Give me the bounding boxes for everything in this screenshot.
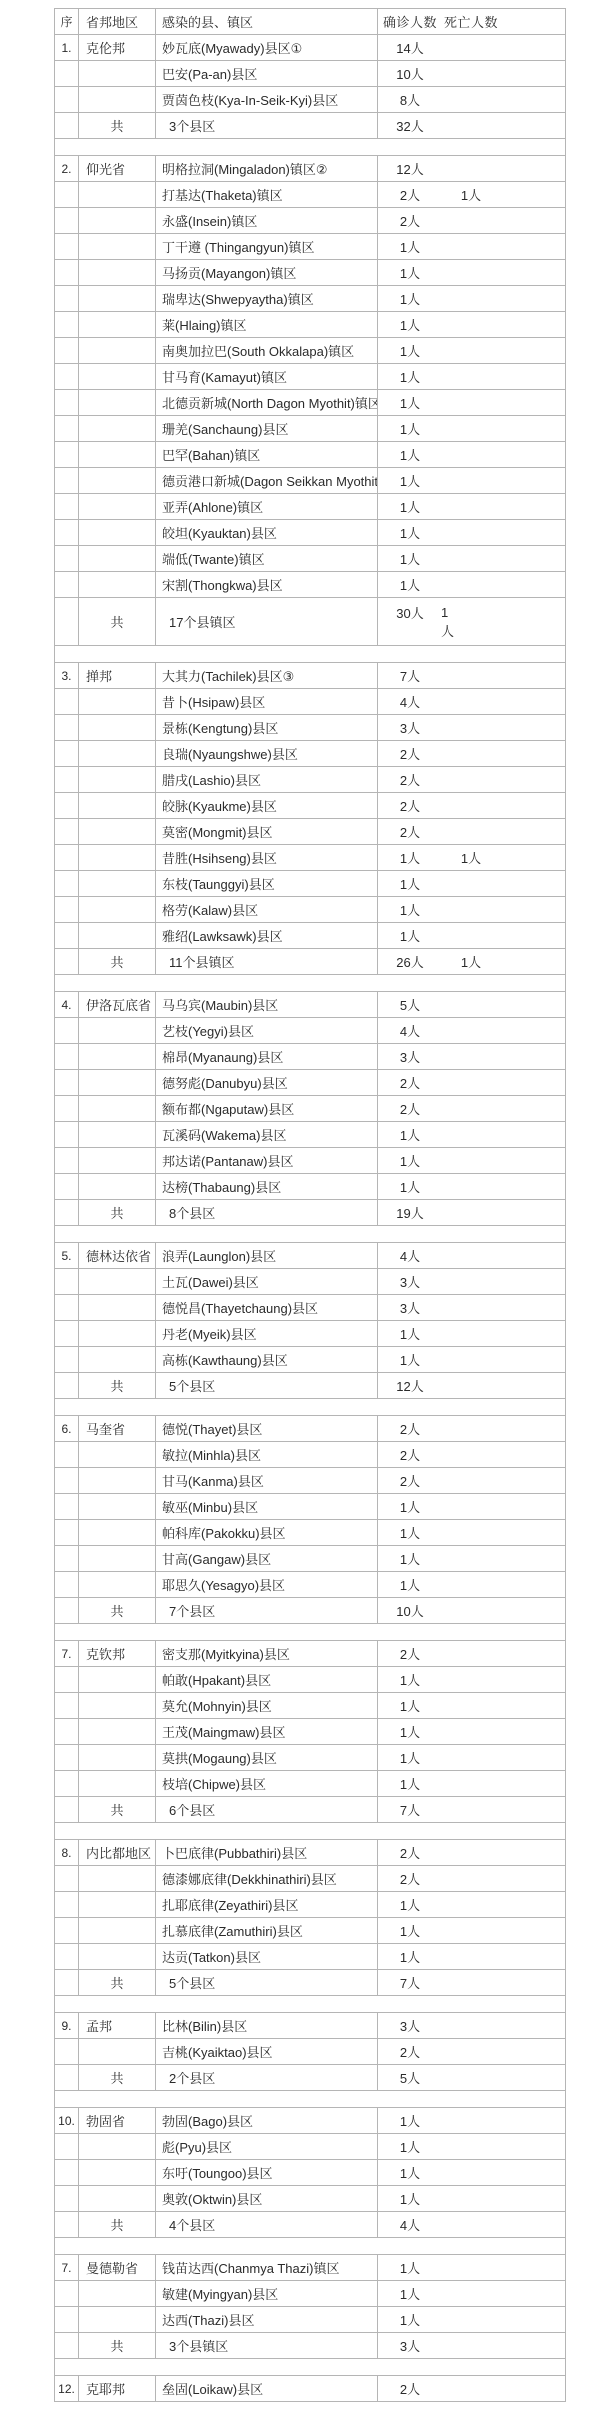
total-area-cell: 17个县镇区 xyxy=(156,598,378,646)
seq-cell xyxy=(55,1373,79,1399)
confirmed-value: 8人 xyxy=(379,90,441,109)
confirmed-value: 1人 xyxy=(379,848,441,867)
spacer-cell xyxy=(55,1226,566,1243)
confirmed-value: 1人 xyxy=(379,1748,441,1767)
total-area-cell: 4个县区 xyxy=(156,2212,378,2238)
confirmed-value: 1人 xyxy=(379,393,441,412)
spacer-cell xyxy=(55,1624,566,1641)
spacer-cell xyxy=(55,1399,566,1416)
total-label-cell: 共 xyxy=(79,2212,156,2238)
area-cell: 东枝(Taunggyi)县区 xyxy=(156,871,378,897)
area-cell: 丁干遵 (Thingangyun)镇区 xyxy=(156,234,378,260)
seq-cell xyxy=(55,845,79,871)
seq-cell xyxy=(55,1771,79,1797)
confirmed-value: 1人 xyxy=(379,2189,441,2208)
region-cell xyxy=(79,1468,156,1494)
table-row: 南奥加拉巴(South Okkalapa)镇区 1人 xyxy=(55,338,566,364)
section-spacer-row xyxy=(55,975,566,992)
total-deaths-value: 1人 xyxy=(441,603,457,641)
area-cell: 腊戌(Lashio)县区 xyxy=(156,767,378,793)
table-row: 巴罕(Bahan)镇区 1人 xyxy=(55,442,566,468)
spacer-cell xyxy=(55,2091,566,2108)
confirmed-value: 1人 xyxy=(379,1177,441,1196)
region-cell xyxy=(79,1918,156,1944)
confirmed-value: 2人 xyxy=(379,2042,441,2061)
area-cell: 南奥加拉巴(South Okkalapa)镇区 xyxy=(156,338,378,364)
table-row: 6. 马奎省 德悦(Thayet)县区 2人 xyxy=(55,1416,566,1442)
confirmed-value: 2人 xyxy=(379,770,441,789)
area-cell: 垒固(Loikaw)县区 xyxy=(156,2376,378,2402)
table-row: 8. 内比都地区 卜巴底律(Pubbathiri)县区 2人 xyxy=(55,1840,566,1866)
table-row: 敏拉(Minhla)县区 2人 xyxy=(55,1442,566,1468)
confirmed-value: 1人 xyxy=(379,1895,441,1914)
total-confirmed-value: 19人 xyxy=(379,1203,441,1222)
numbers-cell: 2人 xyxy=(378,741,566,767)
seq-cell xyxy=(55,1520,79,1546)
seq-cell: 7. xyxy=(55,1641,79,1667)
total-area-cell: 5个县区 xyxy=(156,1970,378,1996)
numbers-cell: 1人 xyxy=(378,468,566,494)
numbers-cell: 1人 xyxy=(378,923,566,949)
numbers-cell: 2人1人 xyxy=(378,182,566,208)
table-row: 棉昂(Myanaung)县区 3人 xyxy=(55,1044,566,1070)
region-cell xyxy=(79,2186,156,2212)
numbers-cell: 1人 xyxy=(378,2186,566,2212)
seq-cell xyxy=(55,1494,79,1520)
section-total-row: 共 7个县区 10人 xyxy=(55,1598,566,1624)
area-cell: 亚弄(Ahlone)镇区 xyxy=(156,494,378,520)
area-cell: 枝培(Chipwe)县区 xyxy=(156,1771,378,1797)
numbers-cell: 3人 xyxy=(378,715,566,741)
table-row: 4. 伊洛瓦底省 马乌宾(Maubin)县区 5人 xyxy=(55,992,566,1018)
section-total-row: 共 17个县镇区 30人1人 xyxy=(55,598,566,646)
seq-cell: 5. xyxy=(55,1243,79,1269)
confirmed-value: 1人 xyxy=(379,1151,441,1170)
confirmed-value: 1人 xyxy=(379,2111,441,2130)
area-cell: 棉昂(Myanaung)县区 xyxy=(156,1044,378,1070)
region-cell: 德林达依省 xyxy=(79,1243,156,1269)
numbers-cell: 1人 xyxy=(378,2281,566,2307)
table-row: 甘马育(Kamayut)镇区 1人 xyxy=(55,364,566,390)
table-row: 3. 掸邦 大其力(Tachilek)县区③ 7人 xyxy=(55,663,566,689)
confirmed-value: 1人 xyxy=(379,1350,441,1369)
seq-cell xyxy=(55,1018,79,1044)
seq-cell xyxy=(55,572,79,598)
seq-cell xyxy=(55,1944,79,1970)
region-cell: 伊洛瓦底省 xyxy=(79,992,156,1018)
region-cell: 克耶邦 xyxy=(79,2376,156,2402)
numbers-cell: 1人 xyxy=(378,1892,566,1918)
area-cell: 莫允(Mohnyin)县区 xyxy=(156,1693,378,1719)
seq-cell xyxy=(55,182,79,208)
section-spacer-row xyxy=(55,2238,566,2255)
table-row: 敏巫(Minbu)县区 1人 xyxy=(55,1494,566,1520)
area-cell: 敏巫(Minbu)县区 xyxy=(156,1494,378,1520)
region-cell xyxy=(79,1866,156,1892)
area-cell: 丹老(Myeik)县区 xyxy=(156,1321,378,1347)
area-cell: 邦达诺(Pantanaw)县区 xyxy=(156,1148,378,1174)
region-cell xyxy=(79,1693,156,1719)
seq-cell xyxy=(55,260,79,286)
numbers-cell: 1人 xyxy=(378,1347,566,1373)
region-cell xyxy=(79,1174,156,1200)
confirmed-value: 10人 xyxy=(379,64,441,83)
region-cell xyxy=(79,390,156,416)
region-cell xyxy=(79,1347,156,1373)
numbers-cell: 1人 xyxy=(378,546,566,572)
seq-cell xyxy=(55,1719,79,1745)
seq-cell xyxy=(55,2333,79,2359)
confirmed-value: 1人 xyxy=(379,575,441,594)
table-header-row: 序 省邦地区 感染的县、镇区 确诊人数死亡人数 xyxy=(55,9,566,35)
region-cell xyxy=(79,767,156,793)
seq-cell xyxy=(55,338,79,364)
seq-cell: 1. xyxy=(55,35,79,61)
table-row: 莱(Hlaing)镇区 1人 xyxy=(55,312,566,338)
region-cell xyxy=(79,2134,156,2160)
region-cell xyxy=(79,1018,156,1044)
numbers-cell: 3人 xyxy=(378,2333,566,2359)
table-row: 瑞卑达(Shwepyaytha)镇区 1人 xyxy=(55,286,566,312)
numbers-cell: 3人 xyxy=(378,1269,566,1295)
numbers-cell: 1人 xyxy=(378,1572,566,1598)
numbers-cell: 1人 xyxy=(378,1174,566,1200)
area-cell: 德努彪(Danubyu)县区 xyxy=(156,1070,378,1096)
seq-cell xyxy=(55,897,79,923)
numbers-cell: 1人 xyxy=(378,572,566,598)
numbers-cell: 1人 xyxy=(378,364,566,390)
seq-cell xyxy=(55,871,79,897)
seq-cell xyxy=(55,494,79,520)
area-cell: 东吁(Toungoo)县区 xyxy=(156,2160,378,2186)
seq-cell xyxy=(55,2212,79,2238)
region-cell: 克伦邦 xyxy=(79,35,156,61)
numbers-cell: 5人 xyxy=(378,2065,566,2091)
total-confirmed-value: 7人 xyxy=(379,1800,441,1819)
seq-cell xyxy=(55,546,79,572)
seq-cell xyxy=(55,1295,79,1321)
total-confirmed-value: 10人 xyxy=(379,1601,441,1620)
total-area-cell: 5个县区 xyxy=(156,1373,378,1399)
header-confirmed: 确诊人数 xyxy=(379,12,441,31)
numbers-cell: 1人 xyxy=(378,1719,566,1745)
area-cell: 宋割(Thongkwa)县区 xyxy=(156,572,378,598)
total-area-cell: 7个县区 xyxy=(156,1598,378,1624)
table-row: 腊戌(Lashio)县区 2人 xyxy=(55,767,566,793)
table-row: 土瓦(Dawei)县区 3人 xyxy=(55,1269,566,1295)
seq-cell xyxy=(55,767,79,793)
numbers-cell: 1人 xyxy=(378,1321,566,1347)
region-cell xyxy=(79,1269,156,1295)
area-cell: 奥敦(Oktwin)县区 xyxy=(156,2186,378,2212)
table-row: 帕科库(Pakokku)县区 1人 xyxy=(55,1520,566,1546)
area-cell: 德贡港口新城(Dagon Seikkan Myothit)镇 xyxy=(156,468,378,494)
area-cell: 莫拱(Mogaung)县区 xyxy=(156,1745,378,1771)
area-cell: 密支那(Myitkyina)县区 xyxy=(156,1641,378,1667)
region-cell: 克钦邦 xyxy=(79,1641,156,1667)
region-cell xyxy=(79,1892,156,1918)
region-cell xyxy=(79,87,156,113)
area-cell: 端低(Twante)镇区 xyxy=(156,546,378,572)
seq-cell xyxy=(55,1200,79,1226)
table-row: 德悦昌(Thayetchaung)县区 3人 xyxy=(55,1295,566,1321)
seq-cell: 3. xyxy=(55,663,79,689)
region-cell xyxy=(79,1572,156,1598)
spacer-cell xyxy=(55,1823,566,1840)
region-cell xyxy=(79,520,156,546)
seq-cell xyxy=(55,1745,79,1771)
seq-cell xyxy=(55,87,79,113)
area-cell: 良瑞(Nyaungshwe)县区 xyxy=(156,741,378,767)
numbers-cell: 2人 xyxy=(378,2376,566,2402)
region-cell xyxy=(79,1044,156,1070)
seq-cell xyxy=(55,1269,79,1295)
seq-cell xyxy=(55,1693,79,1719)
numbers-cell: 30人1人 xyxy=(378,598,566,646)
confirmed-value: 1人 xyxy=(379,900,441,919)
region-cell xyxy=(79,819,156,845)
numbers-cell: 1人 xyxy=(378,871,566,897)
total-label-cell: 共 xyxy=(79,598,156,646)
confirmed-value: 1人 xyxy=(379,1947,441,1966)
total-label-cell: 共 xyxy=(79,1797,156,1823)
region-cell xyxy=(79,897,156,923)
table-row: 丁干遵 (Thingangyun)镇区 1人 xyxy=(55,234,566,260)
region-cell: 内比都地区 xyxy=(79,1840,156,1866)
region-cell xyxy=(79,1442,156,1468)
table-row: 良瑞(Nyaungshwe)县区 2人 xyxy=(55,741,566,767)
table-row: 莫密(Mongmit)县区 2人 xyxy=(55,819,566,845)
table-row: 王茂(Maingmaw)县区 1人 xyxy=(55,1719,566,1745)
confirmed-value: 1人 xyxy=(379,1125,441,1144)
area-cell: 莫密(Mongmit)县区 xyxy=(156,819,378,845)
seq-cell xyxy=(55,2307,79,2333)
area-cell: 德悦昌(Thayetchaung)县区 xyxy=(156,1295,378,1321)
confirmed-value: 4人 xyxy=(379,692,441,711)
numbers-cell: 7人 xyxy=(378,1797,566,1823)
region-cell xyxy=(79,364,156,390)
table-row: 东吁(Toungoo)县区 1人 xyxy=(55,2160,566,2186)
area-cell: 瑞卑达(Shwepyaytha)镇区 xyxy=(156,286,378,312)
region-cell xyxy=(79,208,156,234)
table-row: 7. 克钦邦 密支那(Myitkyina)县区 2人 xyxy=(55,1641,566,1667)
table-row: 打基达(Thaketa)镇区 2人1人 xyxy=(55,182,566,208)
section-total-row: 共 11个县镇区 26人1人 xyxy=(55,949,566,975)
spacer-cell xyxy=(55,646,566,663)
numbers-cell: 1人 xyxy=(378,1918,566,1944)
region-cell xyxy=(79,793,156,819)
total-confirmed-value: 26人 xyxy=(379,952,441,971)
confirmed-value: 1人 xyxy=(379,2284,441,2303)
confirmed-value: 1人 xyxy=(379,419,441,438)
seq-cell xyxy=(55,1546,79,1572)
seq-cell xyxy=(55,1122,79,1148)
confirmed-value: 2人 xyxy=(379,185,441,204)
region-cell xyxy=(79,468,156,494)
confirmed-value: 1人 xyxy=(379,1575,441,1594)
numbers-cell: 1人 xyxy=(378,1520,566,1546)
region-cell xyxy=(79,715,156,741)
seq-cell xyxy=(55,520,79,546)
section-total-row: 共 3个县镇区 3人 xyxy=(55,2333,566,2359)
confirmed-value: 2人 xyxy=(379,1073,441,1092)
total-confirmed-value: 4人 xyxy=(379,2215,441,2234)
numbers-cell: 2人 xyxy=(378,793,566,819)
total-deaths-value: 1人 xyxy=(441,952,501,971)
seq-cell xyxy=(55,286,79,312)
area-cell: 甘马(Kanma)县区 xyxy=(156,1468,378,1494)
region-cell xyxy=(79,1719,156,1745)
region-cell: 马奎省 xyxy=(79,1416,156,1442)
area-cell: 贾茵色枝(Kya-In-Seik-Kyi)县区 xyxy=(156,87,378,113)
numbers-cell: 1人 xyxy=(378,1667,566,1693)
table-row: 枝培(Chipwe)县区 1人 xyxy=(55,1771,566,1797)
area-cell: 巴安(Pa-an)县区 xyxy=(156,61,378,87)
total-confirmed-value: 3人 xyxy=(379,2336,441,2355)
region-cell: 掸邦 xyxy=(79,663,156,689)
seq-cell xyxy=(55,2281,79,2307)
confirmed-value: 14人 xyxy=(379,38,441,57)
numbers-cell: 2人 xyxy=(378,767,566,793)
confirmed-value: 2人 xyxy=(379,1419,441,1438)
total-area-cell: 6个县区 xyxy=(156,1797,378,1823)
seq-cell xyxy=(55,1442,79,1468)
numbers-cell: 1人 xyxy=(378,286,566,312)
seq-cell xyxy=(55,208,79,234)
region-cell xyxy=(79,1520,156,1546)
region-cell xyxy=(79,1122,156,1148)
seq-cell: 6. xyxy=(55,1416,79,1442)
numbers-cell: 5人 xyxy=(378,992,566,1018)
region-cell xyxy=(79,2160,156,2186)
total-confirmed-value: 12人 xyxy=(379,1376,441,1395)
table-row: 达贡(Tatkon)县区 1人 xyxy=(55,1944,566,1970)
table-row: 贾茵色枝(Kya-In-Seik-Kyi)县区 8人 xyxy=(55,87,566,113)
seq-cell xyxy=(55,2186,79,2212)
confirmed-value: 1人 xyxy=(379,549,441,568)
total-area-cell: 3个县区 xyxy=(156,113,378,139)
region-cell xyxy=(79,1944,156,1970)
numbers-cell: 1人 xyxy=(378,1745,566,1771)
table-row: 莫拱(Mogaung)县区 1人 xyxy=(55,1745,566,1771)
numbers-cell: 1人 xyxy=(378,1546,566,1572)
section-total-row: 共 6个县区 7人 xyxy=(55,1797,566,1823)
area-cell: 巴罕(Bahan)镇区 xyxy=(156,442,378,468)
area-cell: 昔胜(Hsihseng)县区 xyxy=(156,845,378,871)
section-spacer-row xyxy=(55,2091,566,2108)
table-row: 皎脉(Kyaukme)县区 2人 xyxy=(55,793,566,819)
table-row: 2. 仰光省 明格拉洞(Mingaladon)镇区② 12人 xyxy=(55,156,566,182)
table-row: 巴安(Pa-an)县区 10人 xyxy=(55,61,566,87)
seq-cell: 7. xyxy=(55,2255,79,2281)
numbers-cell: 12人 xyxy=(378,156,566,182)
seq-cell xyxy=(55,1347,79,1373)
table-row: 瓦溪码(Wakema)县区 1人 xyxy=(55,1122,566,1148)
area-cell: 德悦(Thayet)县区 xyxy=(156,1416,378,1442)
numbers-cell: 1人 xyxy=(378,442,566,468)
seq-cell xyxy=(55,741,79,767)
section-spacer-row xyxy=(55,1399,566,1416)
confirmed-value: 4人 xyxy=(379,1246,441,1265)
confirmed-value: 1人 xyxy=(379,315,441,334)
table-row: 高栋(Kawthaung)县区 1人 xyxy=(55,1347,566,1373)
numbers-cell: 1人 xyxy=(378,2255,566,2281)
confirmed-value: 1人 xyxy=(379,1722,441,1741)
region-cell xyxy=(79,234,156,260)
table-row: 北德贡新城(North Dagon Myothit)镇区 1人 xyxy=(55,390,566,416)
total-label-cell: 共 xyxy=(79,1970,156,1996)
region-cell xyxy=(79,1096,156,1122)
section-total-row: 共 4个县区 4人 xyxy=(55,2212,566,2238)
table-row: 格劳(Kalaw)县区 1人 xyxy=(55,897,566,923)
numbers-cell: 3人 xyxy=(378,1044,566,1070)
confirmed-value: 4人 xyxy=(379,1021,441,1040)
region-cell: 曼德勒省 xyxy=(79,2255,156,2281)
numbers-cell: 4人 xyxy=(378,1018,566,1044)
area-cell: 格劳(Kalaw)县区 xyxy=(156,897,378,923)
table-row: 昔卜(Hsipaw)县区 4人 xyxy=(55,689,566,715)
section-spacer-row xyxy=(55,646,566,663)
numbers-cell: 32人 xyxy=(378,113,566,139)
spacer-cell xyxy=(55,2238,566,2255)
area-cell: 达榜(Thabaung)县区 xyxy=(156,1174,378,1200)
seq-cell xyxy=(55,1070,79,1096)
confirmed-value: 1人 xyxy=(379,1670,441,1689)
seq-cell xyxy=(55,1797,79,1823)
seq-cell xyxy=(55,1572,79,1598)
area-cell: 达西(Thazi)县区 xyxy=(156,2307,378,2333)
table-row: 东枝(Taunggyi)县区 1人 xyxy=(55,871,566,897)
numbers-cell: 2人 xyxy=(378,2039,566,2065)
seq-cell xyxy=(55,312,79,338)
region-cell xyxy=(79,442,156,468)
area-cell: 勃固(Bago)县区 xyxy=(156,2108,378,2134)
area-cell: 甘马育(Kamayut)镇区 xyxy=(156,364,378,390)
total-label-cell: 共 xyxy=(79,949,156,975)
confirmed-value: 1人 xyxy=(379,367,441,386)
region-cell xyxy=(79,1070,156,1096)
seq-cell xyxy=(55,793,79,819)
numbers-cell: 7人 xyxy=(378,663,566,689)
table-row: 甘马(Kanma)县区 2人 xyxy=(55,1468,566,1494)
numbers-cell: 1人 xyxy=(378,234,566,260)
total-label-cell: 共 xyxy=(79,113,156,139)
confirmed-value: 2人 xyxy=(379,211,441,230)
region-cell xyxy=(79,546,156,572)
numbers-cell: 1人 xyxy=(378,312,566,338)
numbers-cell: 8人 xyxy=(378,87,566,113)
table-row: 德贡港口新城(Dagon Seikkan Myothit)镇 1人 xyxy=(55,468,566,494)
table-row: 雅绍(Lawksawk)县区 1人 xyxy=(55,923,566,949)
section-spacer-row xyxy=(55,1996,566,2013)
section-spacer-row xyxy=(55,1226,566,1243)
area-cell: 扎耶底律(Zeyathiri)县区 xyxy=(156,1892,378,1918)
numbers-cell: 1人 xyxy=(378,260,566,286)
confirmed-value: 3人 xyxy=(379,718,441,737)
area-cell: 珊羌(Sanchaung)县区 xyxy=(156,416,378,442)
region-cell xyxy=(79,2281,156,2307)
area-cell: 妙瓦底(Myawady)县区① xyxy=(156,35,378,61)
region-cell: 勃固省 xyxy=(79,2108,156,2134)
area-cell: 扎慕底律(Zamuthiri)县区 xyxy=(156,1918,378,1944)
area-cell: 甘高(Gangaw)县区 xyxy=(156,1546,378,1572)
area-cell: 打基达(Thaketa)镇区 xyxy=(156,182,378,208)
table-row: 扎耶底律(Zeyathiri)县区 1人 xyxy=(55,1892,566,1918)
area-cell: 艺枝(Yegyi)县区 xyxy=(156,1018,378,1044)
region-cell xyxy=(79,923,156,949)
total-label-cell: 共 xyxy=(79,1373,156,1399)
region-cell: 仰光省 xyxy=(79,156,156,182)
